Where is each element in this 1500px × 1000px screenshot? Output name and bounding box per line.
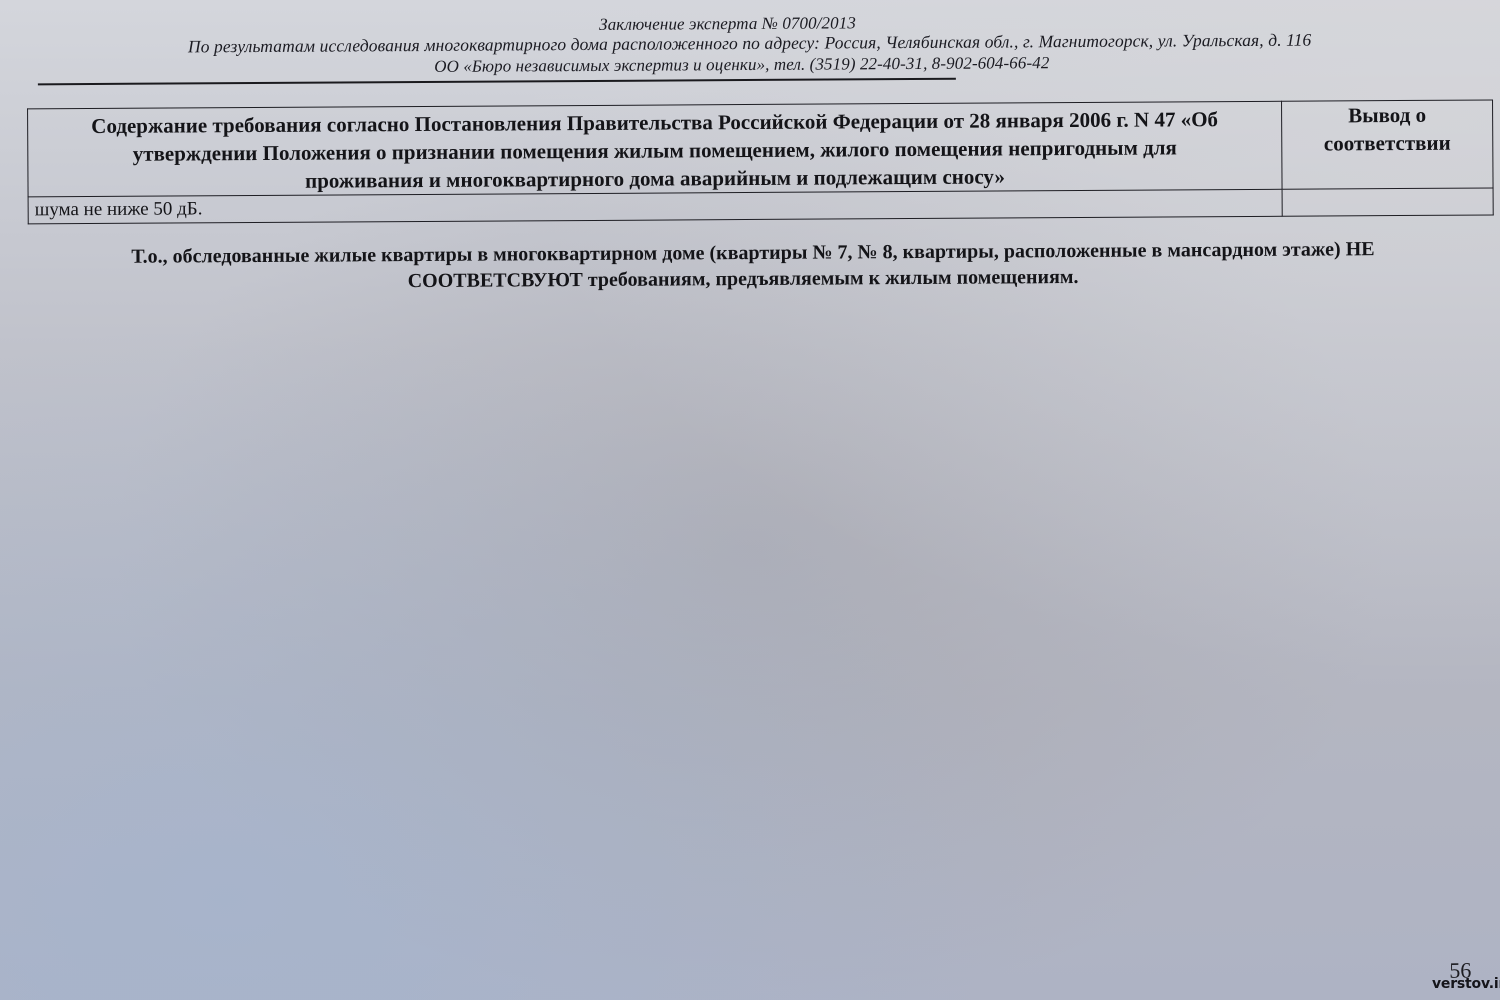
document-page: Заключение эксперта № 0700/2013 По резул… (0, 0, 1500, 1000)
header-divider (38, 78, 956, 86)
watermark: verstov.info (1432, 976, 1500, 992)
table-header-row: Содержание требования согласно Постановл… (28, 100, 1494, 197)
conclusion-column-header: Вывод о соответствии (1282, 100, 1494, 189)
conclusion-header-line: Вывод о (1282, 100, 1492, 129)
requirements-table: Содержание требования согласно Постановл… (27, 99, 1494, 224)
conclusion-cell (1282, 188, 1493, 216)
requirement-column-header: Содержание требования согласно Постановл… (28, 101, 1283, 197)
conclusion-header-line: соответствии (1282, 128, 1492, 157)
